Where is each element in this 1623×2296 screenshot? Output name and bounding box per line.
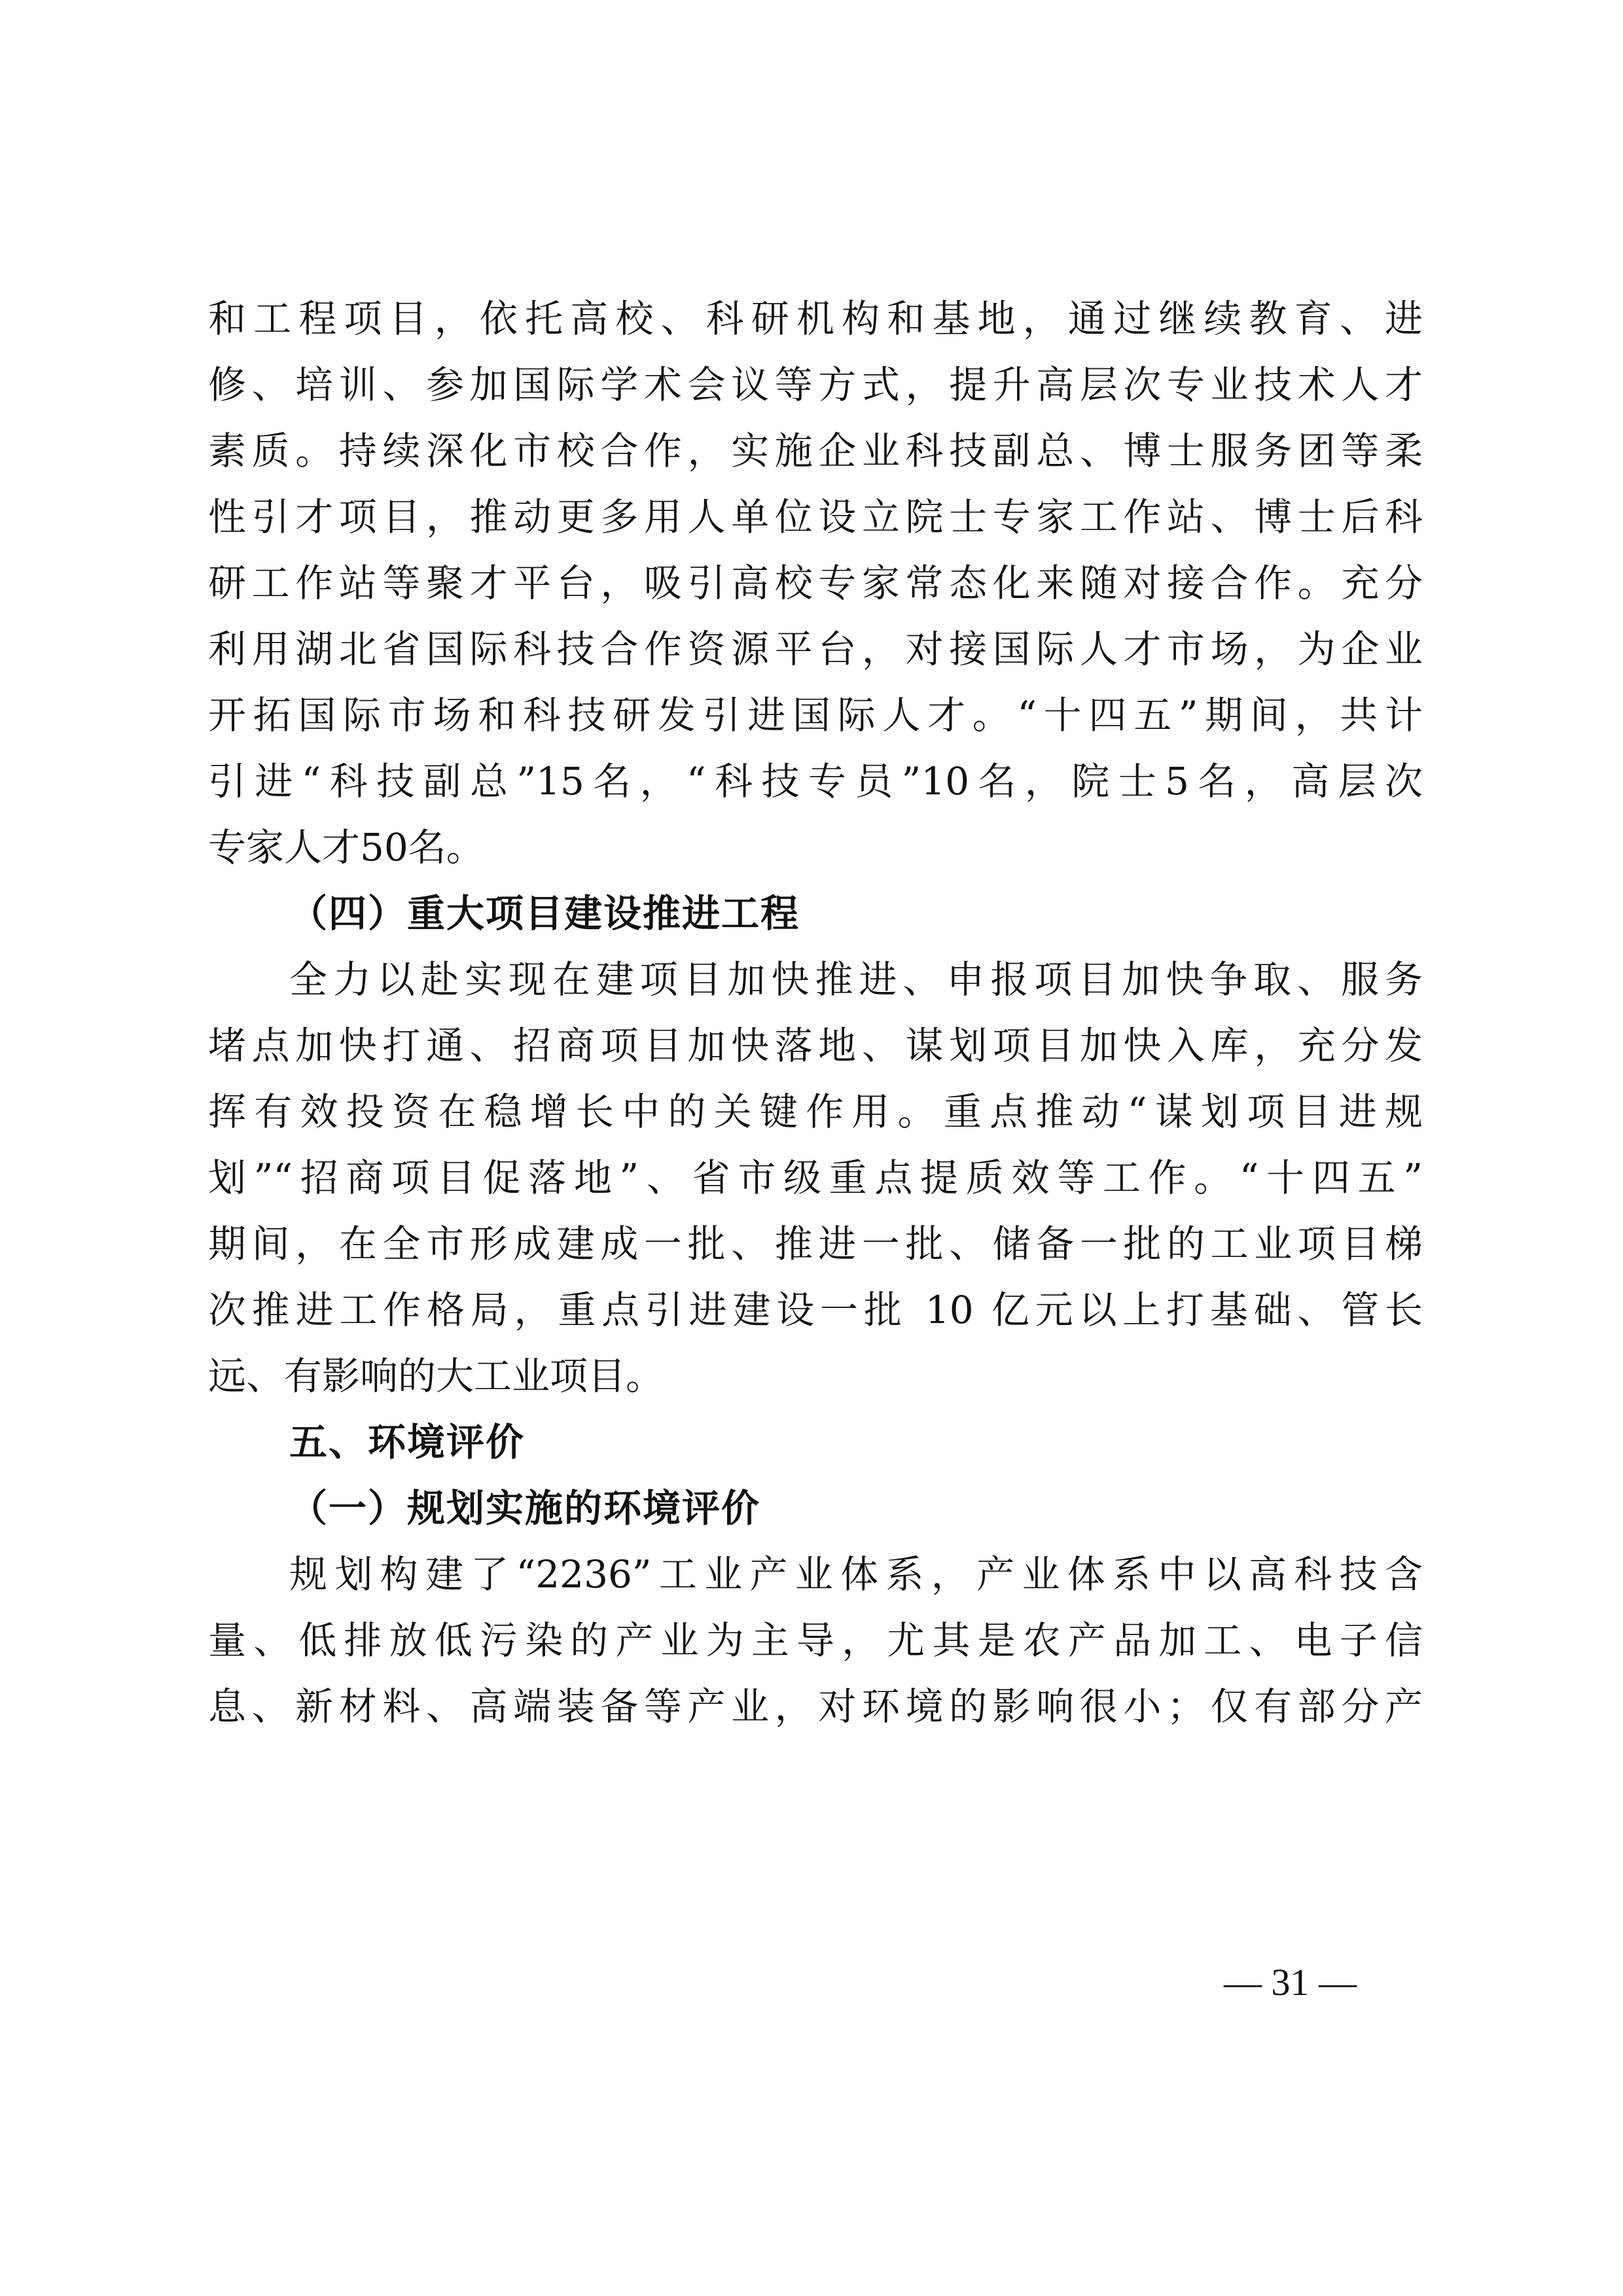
text-line: 全力以赴实现在建项目加快推进、申报项目加快争取、服务 bbox=[208, 947, 1423, 1013]
text-line: 素质。持续深化市校合作，实施企业科技副总、博士服务团等柔 bbox=[208, 418, 1423, 484]
page-number: — 31 — bbox=[1224, 1960, 1357, 2005]
text-line: 量、低排放低污染的产业为主导，尤其是农产品加工、电子信 bbox=[208, 1608, 1423, 1674]
section-5-1-paragraph: 规划构建了“2236”工业产业体系，产业体系中以高科技含 量、低排放低污染的产业… bbox=[208, 1542, 1423, 1740]
text-line: 开拓国际市场和科技研发引进国际人才。“十四五”期间，共计 bbox=[208, 682, 1423, 749]
text-line: 规划构建了“2236”工业产业体系，产业体系中以高科技含 bbox=[208, 1542, 1423, 1608]
text-line: 次推进工作格局，重点引进建设一批 10 亿元以上打基础、管长 bbox=[208, 1277, 1423, 1343]
section-heading-5-1: （一）规划实施的环境评价 bbox=[208, 1475, 1423, 1542]
text-line: 利用湖北省国际科技合作资源平台，对接国际人才市场，为企业 bbox=[208, 616, 1423, 682]
text-line: 性引才项目，推动更多用人单位设立院士专家工作站、博士后科 bbox=[208, 484, 1423, 550]
text-line: 期间，在全市形成建成一批、推进一批、储备一批的工业项目梯 bbox=[208, 1211, 1423, 1277]
text-line: 息、新材料、高端装备等产业，对环境的影响很小；仅有部分产 bbox=[208, 1674, 1423, 1740]
section-4-paragraph: 全力以赴实现在建项目加快推进、申报项目加快争取、服务 堵点加快打通、招商项目加快… bbox=[208, 947, 1423, 1409]
text-line: 堵点加快打通、招商项目加快落地、谋划项目加快入库，充分发 bbox=[208, 1013, 1423, 1079]
text-line: 研工作站等聚才平台，吸引高校专家常态化来随对接合作。充分 bbox=[208, 550, 1423, 616]
document-page: 和工程项目，依托高校、科研机构和基地，通过继续教育、进 修、培训、参加国际学术会… bbox=[208, 286, 1423, 1740]
text-line: 专家人才50名。 bbox=[208, 815, 1423, 881]
paragraph-continued: 和工程项目，依托高校、科研机构和基地，通过继续教育、进 修、培训、参加国际学术会… bbox=[208, 286, 1423, 881]
section-heading-4: （四）重大项目建设推进工程 bbox=[208, 881, 1423, 947]
text-line: 远、有影响的大工业项目。 bbox=[208, 1343, 1423, 1409]
chapter-heading-5: 五、环境评价 bbox=[208, 1409, 1423, 1475]
text-line: 引进“科技副总”15名，“科技专员”10名，院士5名，高层次 bbox=[208, 749, 1423, 815]
text-line: 挥有效投资在稳增长中的关键作用。重点推动“谋划项目进规 bbox=[208, 1079, 1423, 1145]
text-line: 修、培训、参加国际学术会议等方式，提升高层次专业技术人才 bbox=[208, 352, 1423, 418]
text-line: 划”“招商项目促落地”、省市级重点提质效等工作。“十四五” bbox=[208, 1145, 1423, 1211]
text-line: 和工程项目，依托高校、科研机构和基地，通过继续教育、进 bbox=[208, 286, 1423, 352]
